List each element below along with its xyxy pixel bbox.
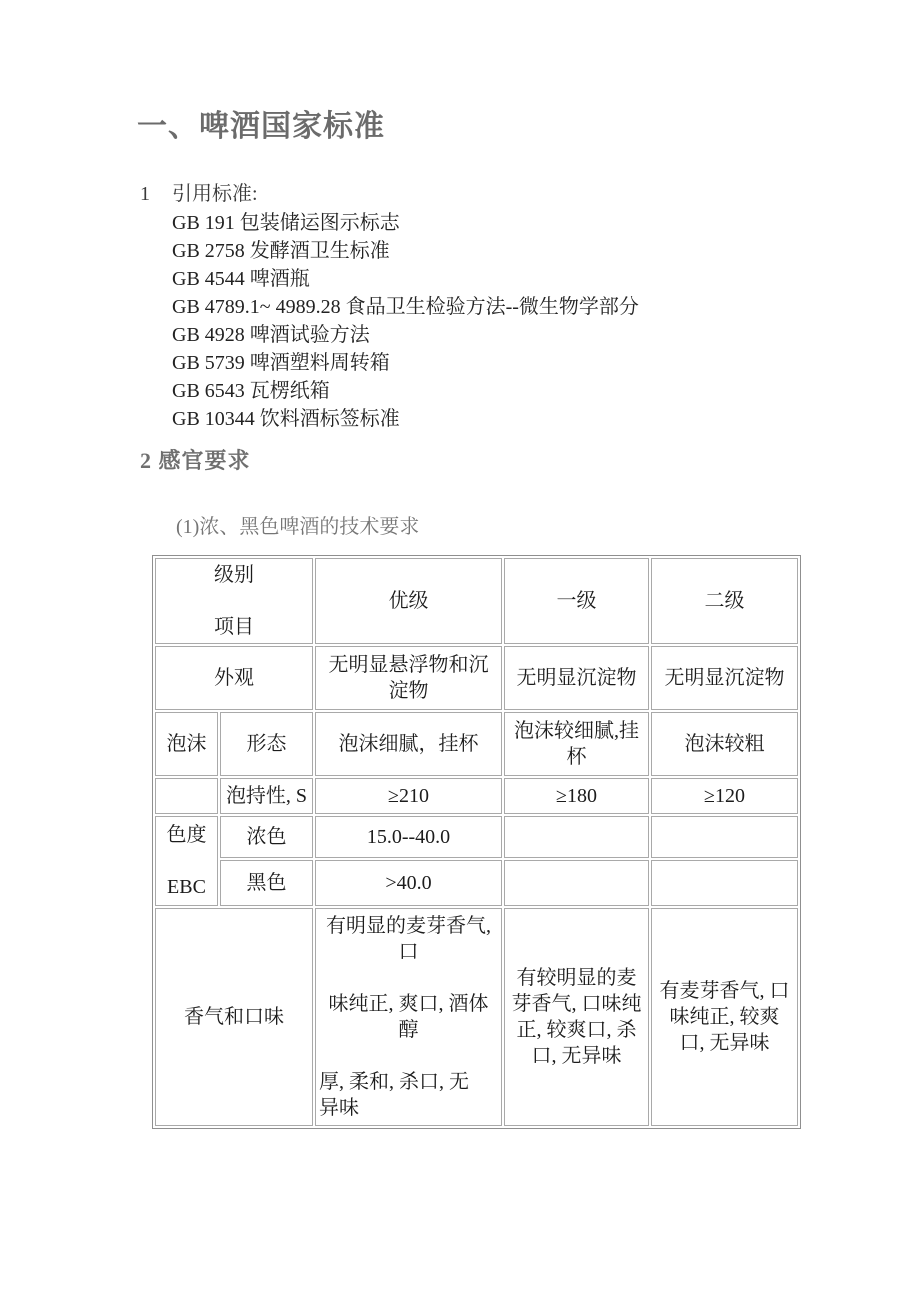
aroma-excellent-paragraph: 厚, 柔和, 杀口, 无 异味 <box>319 1069 498 1121</box>
cell-appearance-excellent: 无明显悬浮物和沉 淀物 <box>315 646 502 710</box>
cell-aroma-label: 香气和口味 <box>155 908 313 1126</box>
cell-foam-form-first: 泡沫较细腻,挂 杯 <box>504 712 649 776</box>
references-list: GB 191 包装储运图示标志 GB 2758 发酵酒卫生标准 GB 4544 … <box>172 209 639 433</box>
cell-header-grade-second: 二级 <box>651 558 798 644</box>
list-item: GB 6543 瓦楞纸箱 <box>172 377 639 405</box>
cell-aroma-first: 有较明显的麦 芽香气, 口味纯 正, 较爽口, 杀 口, 无异味 <box>504 908 649 1126</box>
cell-color-black-first <box>504 860 649 906</box>
sensory-heading: 2 感官要求 <box>140 447 251 475</box>
aroma-excellent-paragraph: 味纯正, 爽口, 酒体 醇 <box>319 991 498 1043</box>
list-item: GB 191 包装储运图示标志 <box>172 209 639 237</box>
cell-header-axis: 级别 项目 <box>155 558 313 644</box>
cell-foam-form-second: 泡沫较粗 <box>651 712 798 776</box>
cell-aroma-second: 有麦芽香气, 口 味纯正, 较爽 口, 无异味 <box>651 908 798 1126</box>
cell-color-black-excellent: >40.0 <box>315 860 502 906</box>
doc-title: 一、啤酒国家标准 <box>137 106 385 148</box>
cell-foam-retention-first: ≥180 <box>504 778 649 814</box>
references-heading: 1引用标准: <box>140 181 258 207</box>
list-item: GB 10344 饮料酒标签标准 <box>172 405 639 433</box>
cell-foam-retention-excellent: ≥210 <box>315 778 502 814</box>
list-item: GB 5739 啤酒塑料周转箱 <box>172 349 639 377</box>
list-item: GB 4789.1~ 4989.28 食品卫生检验方法--微生物学部分 <box>172 293 639 321</box>
list-item: GB 4544 啤酒瓶 <box>172 265 639 293</box>
cell-appearance-label: 外观 <box>155 646 313 710</box>
list-item: GB 2758 发酵酒卫生标准 <box>172 237 639 265</box>
cell-foam-form-label: 形态 <box>220 712 313 776</box>
aroma-excellent-paragraph: 有明显的麦芽香气, 口 <box>319 913 498 965</box>
cell-foam-form-excellent: 泡沫细腻，挂杯 <box>315 712 502 776</box>
cell-foam-retention-label: 泡持性, S <box>220 778 313 814</box>
cell-color-dark-first <box>504 816 649 858</box>
cell-foam-retention-blank <box>155 778 218 814</box>
cell-foam-group: 泡沫 <box>155 712 218 776</box>
document-page: 一、啤酒国家标准 1引用标准: GB 191 包装储运图示标志 GB 2758 … <box>0 0 920 1302</box>
cell-color-dark-label: 浓色 <box>220 816 313 858</box>
sensory-note: (1)浓、黑色啤酒的技术要求 <box>176 514 419 540</box>
references-heading-label: 引用标准: <box>172 183 258 205</box>
cell-foam-retention-second: ≥120 <box>651 778 798 814</box>
cell-header-grade-excellent: 优级 <box>315 558 502 644</box>
cell-color-dark-excellent: 15.0--40.0 <box>315 816 502 858</box>
list-item: GB 4928 啤酒试验方法 <box>172 321 639 349</box>
cell-header-grade-first: 一级 <box>504 558 649 644</box>
cell-aroma-excellent: 有明显的麦芽香气, 口 味纯正, 爽口, 酒体 醇 厚, 柔和, 杀口, 无 异… <box>315 908 502 1126</box>
cell-color-black-second <box>651 860 798 906</box>
references-number: 1 <box>140 181 172 207</box>
beer-sensory-table: 级别 项目 优级 一级 二级 外观 无明显悬浮物和沉 淀物 无明显沉淀物 无明显… <box>152 555 801 1129</box>
cell-color-dark-second <box>651 816 798 858</box>
cell-color-black-label: 黑色 <box>220 860 313 906</box>
cell-appearance-first: 无明显沉淀物 <box>504 646 649 710</box>
cell-color-group: 色度 EBC <box>155 816 218 906</box>
cell-appearance-second: 无明显沉淀物 <box>651 646 798 710</box>
